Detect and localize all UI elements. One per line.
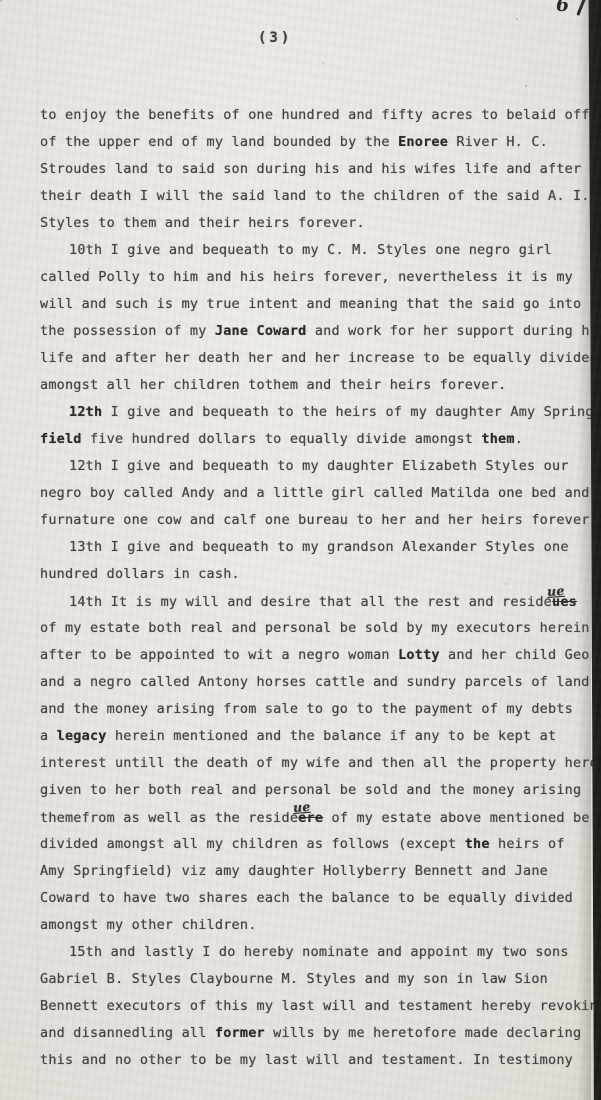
text-line: Amy Springfield) viz amy daughter Hollyb… <box>40 858 596 885</box>
paper-fold-line <box>37 0 38 1100</box>
text-line: called Polly to him and his heirs foreve… <box>40 264 596 291</box>
text-line: will and such is my true intent and mean… <box>40 291 596 318</box>
text-segment: herein mentioned and the balance if any … <box>107 728 557 744</box>
text-line: the possession of my Jane Coward and wor… <box>40 318 596 345</box>
text-segment: Lotty <box>398 647 440 663</box>
text-segment: Coward to have two shares each the balan… <box>40 890 573 906</box>
paragraph: 10th I give and bequeath to my C. M. Sty… <box>40 237 596 399</box>
text-segment: Enoree <box>398 134 448 150</box>
text-segment: and work for her support during her <box>307 323 601 339</box>
text-line: Coward to have two shares each the balan… <box>40 885 596 912</box>
text-segment: themefrom as well as the reside <box>40 810 298 826</box>
text-line: Stroudes land to said son during his and… <box>40 156 596 183</box>
text-line: to enjoy the benefits of one hundred and… <box>40 102 596 129</box>
text-segment: and disannedling all <box>40 1025 215 1041</box>
text-segment: the possession of my <box>40 323 215 339</box>
text-segment: Jane Coward <box>215 323 307 339</box>
text-segment: wills by me heretofore made declaring <box>265 1025 581 1041</box>
text-segment: of my estate both real and personal be s… <box>40 620 590 636</box>
text-segment: 15th and lastly I do hereby nominate and… <box>69 944 569 960</box>
page-number: (3) <box>258 30 292 46</box>
text-line: interest untill the death of my wife and… <box>40 750 596 777</box>
text-line: life and after her death her and her inc… <box>40 345 596 372</box>
text-segment: and a negro called Antony horses cattle … <box>40 674 590 690</box>
text-segment: furnature one cow and calf one bureau to… <box>40 512 590 528</box>
text-segment: 13th I give and bequeath to my grandson … <box>69 539 569 555</box>
text-line: Bennett executors of this my last will a… <box>40 993 596 1020</box>
text-segment: former <box>215 1025 265 1041</box>
text-line: 14th It is my will and desire that all t… <box>40 588 596 615</box>
text-segment: amongst my other children. <box>40 917 257 933</box>
text-segment: 12th <box>69 404 102 420</box>
text-segment: negro boy called Andy and a little girl … <box>40 485 590 501</box>
text-segment: field <box>40 431 82 447</box>
text-line: themefrom as well as the resideereue of … <box>40 804 596 831</box>
text-segment: River H. C. <box>448 134 548 150</box>
text-line: a legacy herein mentioned and the balanc… <box>40 723 596 750</box>
text-segment: I give and bequeath to the heirs of my d… <box>102 404 601 420</box>
text-segment: and the money arising from sale to go to… <box>40 701 573 717</box>
text-line: this and no other to be my last will and… <box>40 1047 596 1074</box>
text-line: Gabriel B. Styles Claybourne M. Styles a… <box>40 966 596 993</box>
text-segment: after to be appointed to wit a negro wom… <box>40 647 398 663</box>
text-line: amongst all her children tothem and thei… <box>40 372 596 399</box>
text-segment: life and after her death her and her inc… <box>40 350 598 366</box>
handwritten-corner-mark: 6 <box>556 0 569 16</box>
text-segment: to enjoy the benefits of one hundred and… <box>40 107 590 123</box>
text-segment: Amy Springfield) viz amy daughter Hollyb… <box>40 863 548 879</box>
paragraph: 12th I give and bequeath to my daughter … <box>40 453 596 534</box>
text-segment: Styles to them and their heirs forever. <box>40 215 365 231</box>
text-segment: of the upper end of my land bounded by t… <box>40 134 398 150</box>
text-segment: 12th I give and bequeath to my daughter … <box>69 458 569 474</box>
text-segment: Gabriel B. Styles Claybourne M. Styles a… <box>40 971 548 987</box>
text-segment: called Polly to him and his heirs foreve… <box>40 269 573 285</box>
paragraph: to enjoy the benefits of one hundred and… <box>40 102 596 237</box>
text-line: and the money arising from sale to go to… <box>40 696 596 723</box>
text-line: negro boy called Andy and a little girl … <box>40 480 596 507</box>
text-line: furnature one cow and calf one bureau to… <box>40 507 596 534</box>
document-page: (3) 6 to enjoy the benefits of one hundr… <box>0 0 601 1100</box>
paragraph: 15th and lastly I do hereby nominate and… <box>40 939 596 1074</box>
text-line: given to her both real and personal be s… <box>40 777 596 804</box>
paper-specks <box>0 0 2 2</box>
text-line: 12th I give and bequeath to the heirs of… <box>40 399 596 426</box>
text-line: field five hundred dollars to equally di… <box>40 426 596 453</box>
text-segment: a <box>40 728 57 744</box>
text-line: amongst my other children. <box>40 912 596 939</box>
paragraph: 14th It is my will and desire that all t… <box>40 588 596 939</box>
text-line: of my estate both real and personal be s… <box>40 615 596 642</box>
scan-edge-shadow <box>577 0 591 1100</box>
text-line: 10th I give and bequeath to my C. M. Sty… <box>40 237 596 264</box>
text-line: 12th I give and bequeath to my daughter … <box>40 453 596 480</box>
text-segment: them <box>481 431 514 447</box>
text-segment: given to her both real and personal be s… <box>40 782 581 798</box>
text-line: Styles to them and their heirs forever. <box>40 210 596 237</box>
text-segment: Stroudes land to said son during his and… <box>40 161 581 177</box>
text-line: of the upper end of my land bounded by t… <box>40 129 596 156</box>
text-line: and disannedling all former wills by me … <box>40 1020 596 1047</box>
text-segment: hundred dollars in cash. <box>40 566 240 582</box>
text-line: and a negro called Antony horses cattle … <box>40 669 596 696</box>
paragraph: 13th I give and bequeath to my grandson … <box>40 534 596 588</box>
text-segment: Bennett executors of this my last will a… <box>40 998 601 1014</box>
text-line: their death I will the said land to the … <box>40 183 596 210</box>
text-segment: 10th I give and bequeath to my C. M. Sty… <box>69 242 552 258</box>
text-segment: heirs of <box>490 836 565 852</box>
text-segment: the <box>465 836 490 852</box>
document-body: to enjoy the benefits of one hundred and… <box>40 102 596 1074</box>
text-segment: 14th It is my will and desire that all t… <box>69 594 552 610</box>
text-segment: interest untill the death of my wife and… <box>40 755 601 771</box>
text-segment: will and such is my true intent and mean… <box>40 296 581 312</box>
text-segment: their death I will the said land to the … <box>40 188 590 204</box>
text-segment: this and no other to be my last will and… <box>40 1052 573 1068</box>
text-segment: amongst all her children tothem and thei… <box>40 377 506 393</box>
text-segment: . <box>515 431 523 447</box>
text-line: 13th I give and bequeath to my grandson … <box>40 534 596 561</box>
text-segment: legacy <box>57 728 107 744</box>
text-line: after to be appointed to wit a negro wom… <box>40 642 596 669</box>
text-line: 15th and lastly I do hereby nominate and… <box>40 939 596 966</box>
text-line: hundred dollars in cash. <box>40 561 596 588</box>
text-segment: of my estate above mentioned be <box>323 810 590 826</box>
text-segment: five hundred dollars to equally divide a… <box>82 431 482 447</box>
paragraph: 12th I give and bequeath to the heirs of… <box>40 399 596 453</box>
text-line: divided amongst all my children as follo… <box>40 831 596 858</box>
text-segment: divided amongst all my children as follo… <box>40 836 465 852</box>
